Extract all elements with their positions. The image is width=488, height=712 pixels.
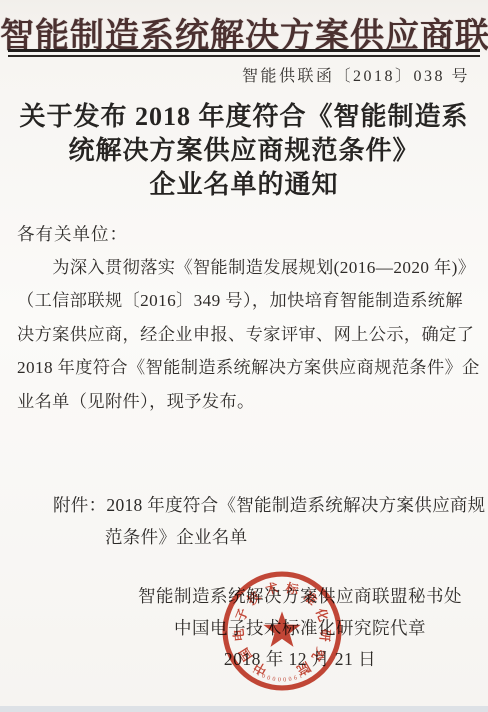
body-line: 业名单（见附件），现予发布。 bbox=[17, 385, 472, 418]
notice-title-line3: 企业名单的通知 bbox=[0, 168, 488, 202]
body-paragraph: 为深入贯彻落实《智能制造发展规划(2016—2020 年)》 （工信部联规〔20… bbox=[17, 251, 472, 418]
notice-title-line2: 统解决方案供应商规范条件》 bbox=[0, 134, 488, 168]
svg-text:0: 0 bbox=[283, 677, 286, 683]
svg-text:0: 0 bbox=[278, 677, 281, 683]
svg-text:技: 技 bbox=[243, 588, 263, 609]
notice-title: 关于发布 2018 年度符合《智能制造系 统解决方案供应商规范条件》 企业名单的… bbox=[0, 100, 488, 202]
svg-text:国: 国 bbox=[236, 645, 255, 664]
svg-text:6: 6 bbox=[293, 675, 298, 682]
attachment-text: 2018 年度符合《智能制造系统解决方案供应商规 bbox=[106, 495, 485, 515]
body-line: 2018 年度符合《智能制造系统解决方案供应商规范条件》企 bbox=[17, 351, 472, 384]
body-line: （工信部联规〔2016〕349 号），加快培育智能制造系统解 bbox=[17, 284, 472, 317]
svg-text:标: 标 bbox=[283, 580, 300, 598]
body-line: 为深入贯彻落实《智能制造发展规划(2016—2020 年)》 bbox=[17, 251, 472, 284]
body-line: 决方案供应商，经企业申报、专家评审、网上公示，确定了 bbox=[17, 318, 472, 351]
notice-document: 智能制造系统解决方案供应商联盟 智能供联函〔2018〕038 号 关于发布 20… bbox=[0, 0, 488, 712]
svg-text:术: 术 bbox=[263, 580, 280, 598]
svg-text:准: 准 bbox=[301, 588, 321, 608]
svg-text:研: 研 bbox=[317, 628, 333, 642]
attachment-line1: 附件：2018 年度符合《智能制造系统解决方案供应商规 bbox=[53, 489, 472, 521]
letterhead-double-rule bbox=[8, 49, 480, 57]
official-seal: 中国电子技术标准化研究院110000006174 bbox=[212, 561, 352, 701]
attachment-label: 附件： bbox=[53, 495, 106, 515]
notice-title-line1: 关于发布 2018 年度符合《智能制造系 bbox=[0, 100, 488, 134]
attachment-line2: 范条件》企业名单 bbox=[105, 521, 472, 553]
svg-text:0: 0 bbox=[266, 675, 271, 682]
svg-text:电: 电 bbox=[231, 628, 247, 642]
attachment-note: 附件：2018 年度符合《智能制造系统解决方案供应商规 范条件》企业名单 bbox=[53, 489, 472, 553]
svg-text:究: 究 bbox=[309, 645, 329, 664]
footer-band bbox=[0, 706, 488, 712]
document-number: 智能供联函〔2018〕038 号 bbox=[242, 63, 470, 86]
svg-text:0: 0 bbox=[288, 677, 292, 683]
salutation: 各有关单位： bbox=[17, 221, 128, 246]
svg-text:子: 子 bbox=[233, 606, 251, 623]
svg-text:化: 化 bbox=[313, 605, 332, 624]
svg-text:0: 0 bbox=[272, 677, 276, 683]
